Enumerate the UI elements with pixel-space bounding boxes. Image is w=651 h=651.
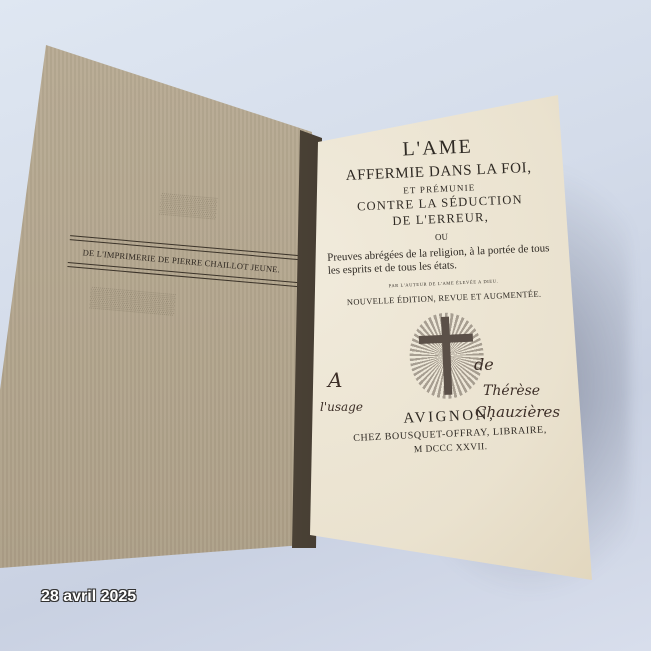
bleed-through-text: ▒▒▒▒ (159, 193, 217, 221)
handwriting-chauzieres: Chauzières (475, 403, 560, 421)
handwriting-a: A (328, 368, 342, 392)
date-overlay: 28 avril 2025 (41, 588, 136, 606)
handwriting-therese: Thérèse (483, 383, 540, 399)
subtitle: Preuves abrégées de la religion, à la po… (327, 242, 558, 278)
handwriting-de: de (474, 355, 494, 374)
edition-line: NOUVELLE ÉDITION, REVUE ET AUGMENTÉE. (329, 288, 559, 308)
handwriting-lusage: l'usage (320, 400, 363, 414)
